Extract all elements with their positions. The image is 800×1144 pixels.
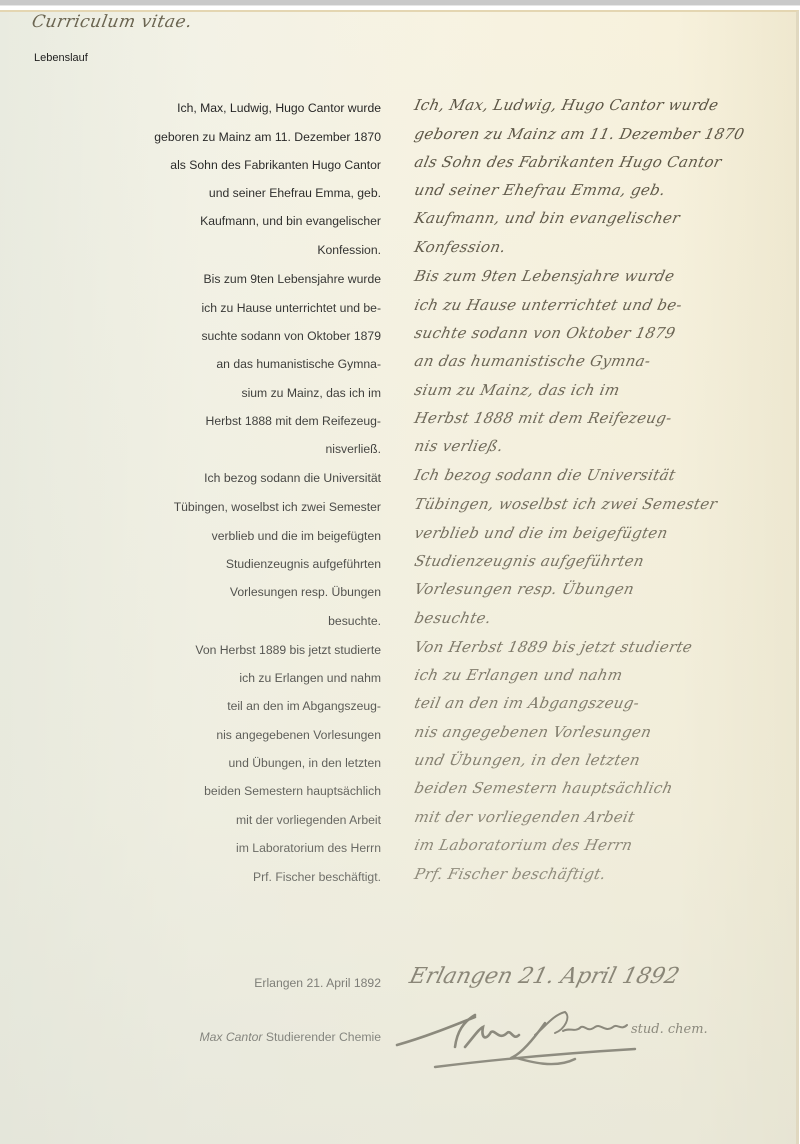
handwritten-line: an das humanistische Gymna- bbox=[413, 354, 652, 369]
handwritten-line: Konfession. bbox=[413, 240, 507, 255]
transcription-line: ich zu Hause unterrichtet und be- bbox=[120, 302, 381, 314]
handwritten-place-date: Erlangen 21. April 1892 bbox=[407, 964, 682, 989]
svg-text:stud. chem.: stud. chem. bbox=[631, 1022, 708, 1037]
transcription-line: ich zu Erlangen und nahm bbox=[120, 672, 381, 684]
transcription-line: Vorlesungen resp. Übungen bbox=[120, 586, 381, 598]
handwritten-line: Studienzeugnis aufgeführten bbox=[413, 554, 645, 569]
transcription-line: beiden Semestern hauptsächlich bbox=[120, 785, 381, 797]
transcription-line: geboren zu Mainz am 11. Dezember 1870 bbox=[120, 131, 381, 143]
handwritten-line: und seiner Ehefrau Emma, geb. bbox=[413, 183, 667, 198]
handwritten-line: als Sohn des Fabrikanten Hugo Cantor bbox=[413, 155, 723, 170]
transcription-line: Kaufmann, und bin evangelischer bbox=[120, 215, 381, 227]
handwritten-line: nis verließ. bbox=[413, 439, 505, 454]
transcription-line: Ich bezog sodann die Universität bbox=[120, 472, 381, 484]
signature-suffix: Studierender Chemie bbox=[266, 1030, 381, 1044]
handwritten-signature: stud. chem. bbox=[395, 1007, 795, 1087]
transcription-line: mit der vorliegenden Arbeit bbox=[120, 814, 381, 826]
handwritten-line: sium zu Mainz, das ich im bbox=[413, 383, 621, 398]
handwritten-line: mit der vorliegenden Arbeit bbox=[413, 810, 636, 825]
handwritten-line: ich zu Hause unterrichtet und be- bbox=[413, 298, 683, 313]
handwritten-line: Bis zum 9ten Lebensjahre wurde bbox=[413, 269, 676, 284]
handwritten-line: ich zu Erlangen und nahm bbox=[413, 668, 624, 683]
transcription-line: besuchte. bbox=[120, 615, 381, 627]
handwritten-line: und Übungen, in den letzten bbox=[413, 753, 642, 768]
handwritten-line: geboren zu Mainz am 11. Dezember 1870 bbox=[413, 127, 746, 142]
transcription-line: suchte sodann von Oktober 1879 bbox=[120, 330, 381, 342]
transcription-line: nisverließ. bbox=[120, 443, 381, 455]
handwritten-line: beiden Semestern hauptsächlich bbox=[413, 781, 674, 796]
document-title: Lebenslauf bbox=[34, 52, 88, 64]
transcription-line: Tübingen, woselbst ich zwei Semester bbox=[120, 501, 381, 513]
handwritten-line: Ich, Max, Ludwig, Hugo Cantor wurde bbox=[413, 98, 720, 113]
handwritten-line: im Laboratorium des Herrn bbox=[413, 838, 634, 853]
transcription-line: verblieb und die im beigefügten bbox=[120, 530, 381, 542]
document-page: Curriculum vitae. Lebenslauf Ich, Max, L… bbox=[0, 10, 799, 1144]
handwritten-line: besuchte. bbox=[413, 611, 492, 626]
handwritten-header: Curriculum vitae. bbox=[30, 12, 194, 32]
handwritten-line: suchte sodann von Oktober 1879 bbox=[413, 326, 677, 341]
handwritten-line: Vorlesungen resp. Übungen bbox=[413, 582, 636, 597]
handwritten-line: Ich bezog sodann die Universität bbox=[413, 468, 677, 483]
transcription-line: Von Herbst 1889 bis jetzt studierte bbox=[120, 644, 381, 656]
transcription-line: Prf. Fischer beschäftigt. bbox=[120, 871, 381, 883]
transcription-line: sium zu Mainz, das ich im bbox=[120, 387, 381, 399]
transcription-line: und seiner Ehefrau Emma, geb. bbox=[120, 187, 381, 199]
transcription-line: Studienzeugnis aufgeführten bbox=[120, 558, 381, 570]
place-date: Erlangen 21. April 1892 bbox=[120, 976, 381, 990]
transcription-line: im Laboratorium des Herrn bbox=[120, 842, 381, 854]
handwritten-line: Prf. Fischer beschäftigt. bbox=[413, 867, 607, 882]
window-top-bar bbox=[0, 0, 800, 6]
handwritten-line: Kaufmann, und bin evangelischer bbox=[413, 211, 681, 226]
handwritten-line: verblieb und die im beigefügten bbox=[413, 526, 669, 541]
handwritten-line: Von Herbst 1889 bis jetzt studierte bbox=[413, 640, 694, 655]
transcription-line: als Sohn des Fabrikanten Hugo Cantor bbox=[120, 159, 381, 171]
handwritten-line: Herbst 1888 mit dem Reifezeug- bbox=[413, 411, 673, 426]
transcription-line: Bis zum 9ten Lebensjahre wurde bbox=[120, 273, 381, 285]
handwritten-line: nis angegebenen Vorlesungen bbox=[413, 725, 653, 740]
transcription-line: Ich, Max, Ludwig, Hugo Cantor wurde bbox=[120, 102, 381, 114]
handwritten-line: Tübingen, woselbst ich zwei Semester bbox=[413, 497, 719, 512]
transcription-line: an das humanistische Gymna- bbox=[120, 358, 381, 370]
handwritten-line: teil an den im Abgangszeug- bbox=[413, 696, 641, 711]
transcription-line: teil an den im Abgangszeug- bbox=[120, 700, 381, 712]
signature-name: Max Cantor bbox=[199, 1030, 262, 1044]
transcription-line: und Übungen, in den letzten bbox=[120, 757, 381, 769]
transcription-line: Herbst 1888 mit dem Reifezeug- bbox=[120, 415, 381, 427]
signature-line: Max Cantor Studierender Chemie bbox=[120, 1030, 381, 1044]
transcription-line: Konfession. bbox=[120, 244, 381, 256]
transcription-line: nis angegebenen Vorlesungen bbox=[120, 729, 381, 741]
